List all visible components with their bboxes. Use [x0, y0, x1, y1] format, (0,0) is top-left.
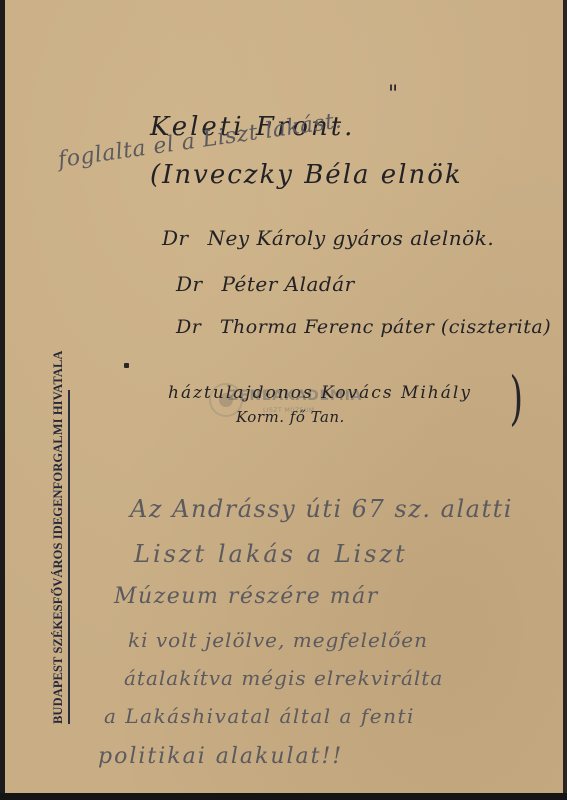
- quote-mark: ": [388, 82, 399, 107]
- stamp-underline: [68, 390, 70, 724]
- member-name: Ney Károly gyáros alelnök.: [207, 226, 494, 250]
- scan-border-bottom: [0, 793, 567, 800]
- owner-title-line: Korm. fő Tan.: [236, 408, 345, 426]
- member-prefix: Dr: [162, 226, 189, 250]
- paragraph-line: Múzeum részére már: [114, 584, 379, 609]
- chairman-line: (Inveczky Béla elnök: [150, 160, 463, 190]
- scan-border-right: [563, 0, 567, 800]
- paragraph-line: politikai alakulat!!: [98, 744, 343, 769]
- member-row: Dr Thorma Ferenc páter (ciszterita): [176, 316, 551, 338]
- closing-parenthesis: ): [510, 364, 524, 432]
- paragraph-line: a Lakáshivatal által a fenti: [104, 704, 415, 728]
- member-prefix: Dr: [176, 316, 201, 338]
- paragraph-line: Liszt lakás a Liszt: [134, 540, 408, 568]
- office-stamp: BUDAPEST SZÉKESFŐVÁROS IDEGENFORGALMI HI…: [51, 350, 66, 724]
- member-row: Dr Péter Aladár: [176, 272, 355, 296]
- paragraph-line: Az Andrássy úti 67 sz. alatti: [130, 495, 513, 523]
- member-name: Péter Aladár: [221, 272, 354, 296]
- paragraph-line: ki volt jelölve, megfelelően: [128, 628, 428, 652]
- member-row: Dr Ney Károly gyáros alelnök.: [162, 226, 494, 250]
- ink-dot: [124, 363, 129, 368]
- member-prefix: Dr: [176, 272, 203, 296]
- member-name: Thorma Ferenc páter (ciszterita): [220, 316, 551, 338]
- paragraph-line: átalakítva mégis elrekvirálta: [124, 666, 443, 690]
- owner-line: háztulajdonos Kovács Mihály: [168, 383, 472, 403]
